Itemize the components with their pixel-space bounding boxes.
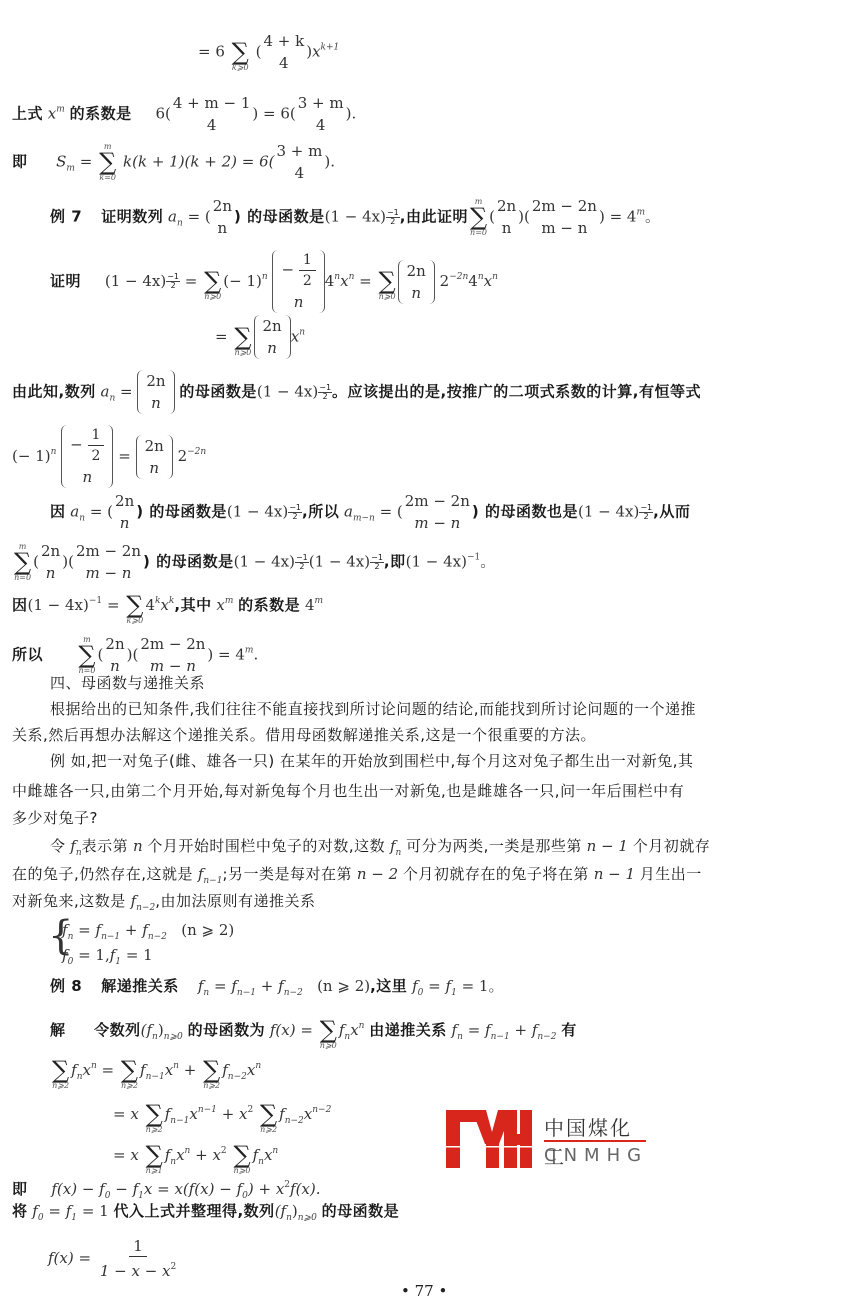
- paragraph-line: 因 an = (2nn) 的母函数是(1 − 4x)−12,所以 am−n = …: [50, 490, 690, 534]
- paragraph-line: 多少对兔子?: [12, 808, 98, 828]
- section-heading: 四、母函数与递推关系: [50, 673, 205, 693]
- paragraph-line: 中雌雄各一只,由第二个月开始,每对新兔每个月也生出一对新兔,也是雌雄各一只,问一…: [12, 781, 684, 801]
- paragraph-line: 在的兔子,仍然存在,这就是 fn−1;另一类是每对在第 n − 2 个月初就存在…: [12, 864, 702, 891]
- eq-line-2: 上式 xm 的系数是 6(4 + m − 14) = 6(3 + m4).: [12, 92, 356, 136]
- binomial: 3 + m4: [296, 92, 346, 136]
- generalized-binomial: − 12n: [272, 250, 324, 313]
- binomial: 4 + k4: [261, 30, 306, 74]
- derivation-line-2: = x ∑n⩾2fn−1xn−1 + x2 ∑n⩾2fn−2xn−2: [113, 1094, 331, 1135]
- solution-line: 解 令数列(fn)n⩾0 的母函数为 f(x) = ∑n⩾0fnxn 由递推关系…: [50, 1010, 577, 1051]
- paragraph-line: 例 如,把一对兔子(雌、雄各一只) 在某年的开始放到围栏中,每个月这对兔子都生出…: [50, 751, 694, 771]
- paragraph-line: 由此知,数列 an = 2nn 的母函数是(1 − 4x)−12。应该提出的是,…: [12, 370, 701, 414]
- proof-line-2: = ∑n⩾02nnxn: [215, 315, 305, 359]
- cnmhg-logo-icon: [446, 1110, 532, 1168]
- recurrence-line-2: f0 = 1,f1 = 1: [62, 945, 153, 972]
- summation: m∑k=0: [99, 142, 116, 183]
- watermark-logo: 中国煤化工 CNMHG: [446, 1110, 652, 1172]
- summation: ∑k⩾0: [232, 32, 249, 73]
- paragraph-line: m∑n=0(2nn)(2m − 2nm − n) 的母函数是(1 − 4x)−1…: [12, 540, 495, 584]
- derivation-line-1: ∑n⩾2fnxn = ∑n⩾2fn−1xn + ∑n⩾2fn−2xn: [50, 1050, 261, 1091]
- paragraph-line: 关系,然后再想办法解这个递推关系。借用母函数解递推关系,这是一个很重要的方法。: [12, 725, 596, 745]
- derivation-line-3: = x ∑n⩾1fnxn + x2 ∑n⩾0fnxn: [113, 1135, 278, 1176]
- recurrence-line-1: fn = fn−1 + fn−2 (n ⩾ 2): [62, 920, 234, 947]
- generating-function-result: f(x) = 11 − x − x2: [48, 1236, 180, 1281]
- page-number: • 77 •: [401, 1282, 447, 1300]
- example-8-statement: 例 8 解递推关系 fn = fn−1 + fn−2 (n ⩾ 2),这里 f0…: [50, 976, 504, 1003]
- watermark-en-text: CNMHG: [544, 1145, 648, 1166]
- binomial: 3 + m4: [275, 140, 325, 184]
- eq-line-1: = 6 ∑k⩾0 (4 + k4)xk+1: [198, 30, 339, 74]
- conclusion-line: 所以 m∑n=0(2nn)(2m − 2nm − n) = 4m.: [12, 633, 258, 677]
- example-7-statement: 例 7 证明数列 an = (2nn) 的母函数是(1 − 4x)−12,由此证…: [50, 195, 660, 239]
- watermark-divider: [544, 1140, 646, 1142]
- paragraph-line: 根据给出的已知条件,我们往往不能直接找到所讨论问题的结论,而能找到所讨论问题的一…: [50, 699, 696, 719]
- paragraph-line: 将 f0 = f1 = 1 代入上式并整理得,数列(fn)n⩾0 的母函数是: [12, 1201, 399, 1228]
- proof-line-1: 证明 (1 − 4x)−12 = ∑n⩾0(− 1)n − 12n4nxn = …: [50, 250, 498, 313]
- binomial: 4 + m − 14: [171, 92, 253, 136]
- identity-line: (− 1)n − 12n = 2nn 2−2n: [12, 425, 206, 488]
- paragraph-line: 令 fn表示第 n 个月开始时围栏中兔子的对数,这数 fn 可分为两类,一类是那…: [50, 836, 710, 863]
- example-label: 例 7: [50, 208, 82, 226]
- eq-line-3: 即 Sm = m∑k=0 k(k + 1)(k + 2) = 6(3 + m4)…: [12, 140, 335, 184]
- paragraph-line: 因(1 − 4x)−1 = ∑k⩾04kxk,其中 xm 的系数是 4m: [12, 585, 323, 626]
